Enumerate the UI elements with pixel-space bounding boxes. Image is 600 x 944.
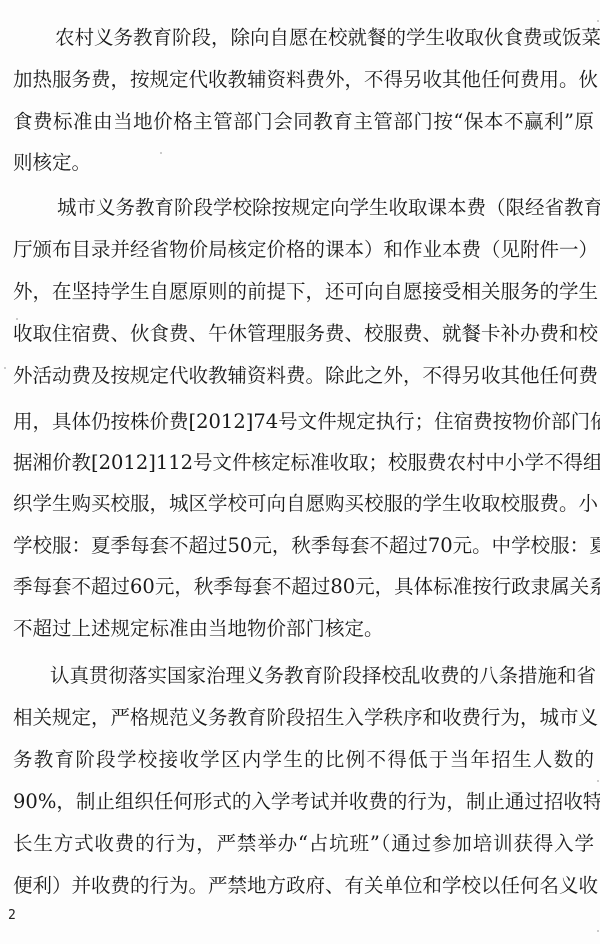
text-line: 相关规定，严格规范义务教育阶段招生入学秩序和收费行为，城市义 [13,703,594,733]
text-line: 农村义务教育阶段，除向自愿在校就餐的学生收取伙食费或饭菜 [55,23,594,53]
text-line: 认真贯彻落实国家治理义务教育阶段择校乱收费的八条措施和省 [50,661,594,691]
scan-speck [597,780,599,782]
text-line: 学校服：夏季每套不超过50元，秋季每套不超过70元。中学校服：夏 [13,531,594,561]
text-line: 收取住宿费、伙食费、午休管理服务费、校服费、就餐卡补办费和校 [13,319,594,349]
page-number: 2 [8,908,16,924]
text-line: 外活动费及按规定代收教辅资料费。除此之外，不得另收其他任何费 [13,361,594,391]
text-line: 据湘价教[2012]112号文件核定标准收取；校服费农村中小学不得组 [13,448,594,478]
document-page: 农村义务教育阶段，除向自愿在校就餐的学生收取伙食费或饭菜 加热服务费，按规定代收… [0,0,600,944]
text-line: 90%，制止组织任何形式的入学考试并收费的行为，制止通过招收特 [13,787,594,817]
text-line: 长生方式收费的行为，严禁举办“占坑班”（通过参加培训获得入学 [13,829,594,859]
text-line: 厅颁布目录并经省物价局核定价格的课本）和作业本费（见附件一） [13,235,594,265]
text-line: 外，在坚持学生自愿原则的前提下，还可向自愿接受相关服务的学生 [13,277,594,307]
text-line: 织学生购买校服，城区学校可向自愿购买校服的学生收取校服费。小 [13,489,594,519]
scan-speck [4,367,6,369]
text-line: 务教育阶段学校接收学区内学生的比例不得低于当年招生人数的 [13,745,594,775]
text-line: 不超过上述规定标准由当地物价部门核定。 [13,614,594,644]
text-line: 加热服务费，按规定代收教辅资料费外，不得另收其他任何费用。伙 [13,65,594,95]
text-line: 便利）并收费的行为。严禁地方政府、有关单位和学校以任何名义收 [13,871,594,901]
text-line: 食费标准由当地价格主管部门会同教育主管部门按“保本不赢利”原 [13,107,594,137]
text-line: 城市义务教育阶段学校除按规定向学生收取课本费（限经省教育 [57,193,594,223]
scan-speck [597,930,599,932]
text-line: 季每套不超过60元，秋季每套不超过80元，具体标准按行政隶属关系 [13,572,594,602]
text-line: 用，具体仍按株价费[2012]74号文件规定执行；住宿费按物价部门依 [13,407,594,437]
scan-speck [160,152,162,154]
scan-speck [16,318,18,320]
text-line: 则核定。 [13,148,594,178]
scan-speck [597,20,599,22]
